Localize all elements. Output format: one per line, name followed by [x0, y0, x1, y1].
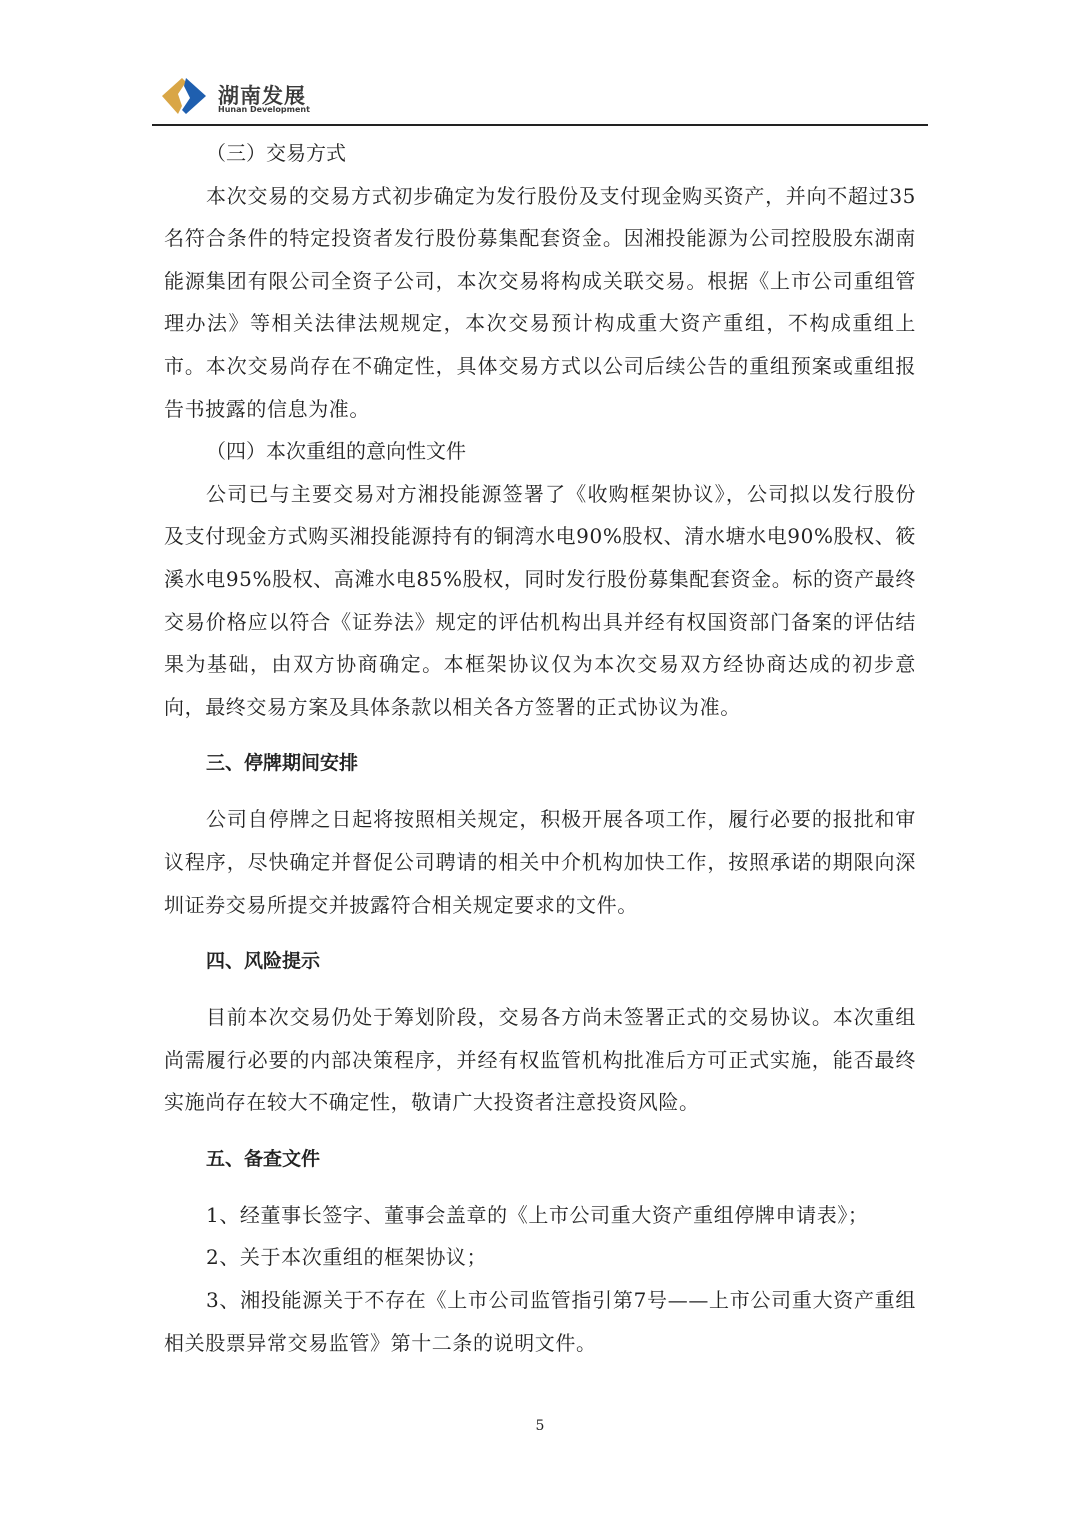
document-header: 湖南发展 Hunan Development: [152, 72, 928, 124]
subsection-title-intent-documents: （四）本次重组的意向性文件: [164, 430, 916, 473]
paragraph-risk-warning: 目前本次交易仍处于筹划阶段，交易各方尚未签署正式的交易协议。本次重组尚需履行必要…: [164, 996, 916, 1124]
paragraph-intent-documents: 公司已与主要交易对方湘投能源签署了《收购框架协议》，公司拟以发行股份及支付现金方…: [164, 473, 916, 729]
section-title-risk-warning: 四、风险提示: [164, 940, 916, 982]
reference-document-item: 2、关于本次重组的框架协议；: [164, 1236, 916, 1279]
section-title-suspension-arrangement: 三、停牌期间安排: [164, 742, 916, 784]
reference-document-item: 3、湘投能源关于不存在《上市公司监管指引第7号——上市公司重大资产重组相关股票异…: [164, 1279, 916, 1364]
logo-english-name: Hunan Development: [218, 105, 310, 114]
document-body: （三）交易方式 本次交易的交易方式初步确定为发行股份及支付现金购买资产，并向不超…: [164, 132, 916, 1364]
subsection-title-transaction-method: （三）交易方式: [164, 132, 916, 175]
page-number: 5: [0, 1418, 1080, 1434]
reference-document-item: 1、经董事长签字、董事会盖章的《上市公司重大资产重组停牌申请表》；: [164, 1194, 916, 1237]
paragraph-transaction-method: 本次交易的交易方式初步确定为发行股份及支付现金购买资产，并向不超过35名符合条件…: [164, 175, 916, 431]
section-title-reference-documents: 五、备查文件: [164, 1138, 916, 1180]
header-divider: [152, 124, 928, 126]
company-logo-icon: [162, 76, 206, 116]
paragraph-suspension-arrangement: 公司自停牌之日起将按照相关规定，积极开展各项工作，履行必要的报批和审议程序，尽快…: [164, 798, 916, 926]
